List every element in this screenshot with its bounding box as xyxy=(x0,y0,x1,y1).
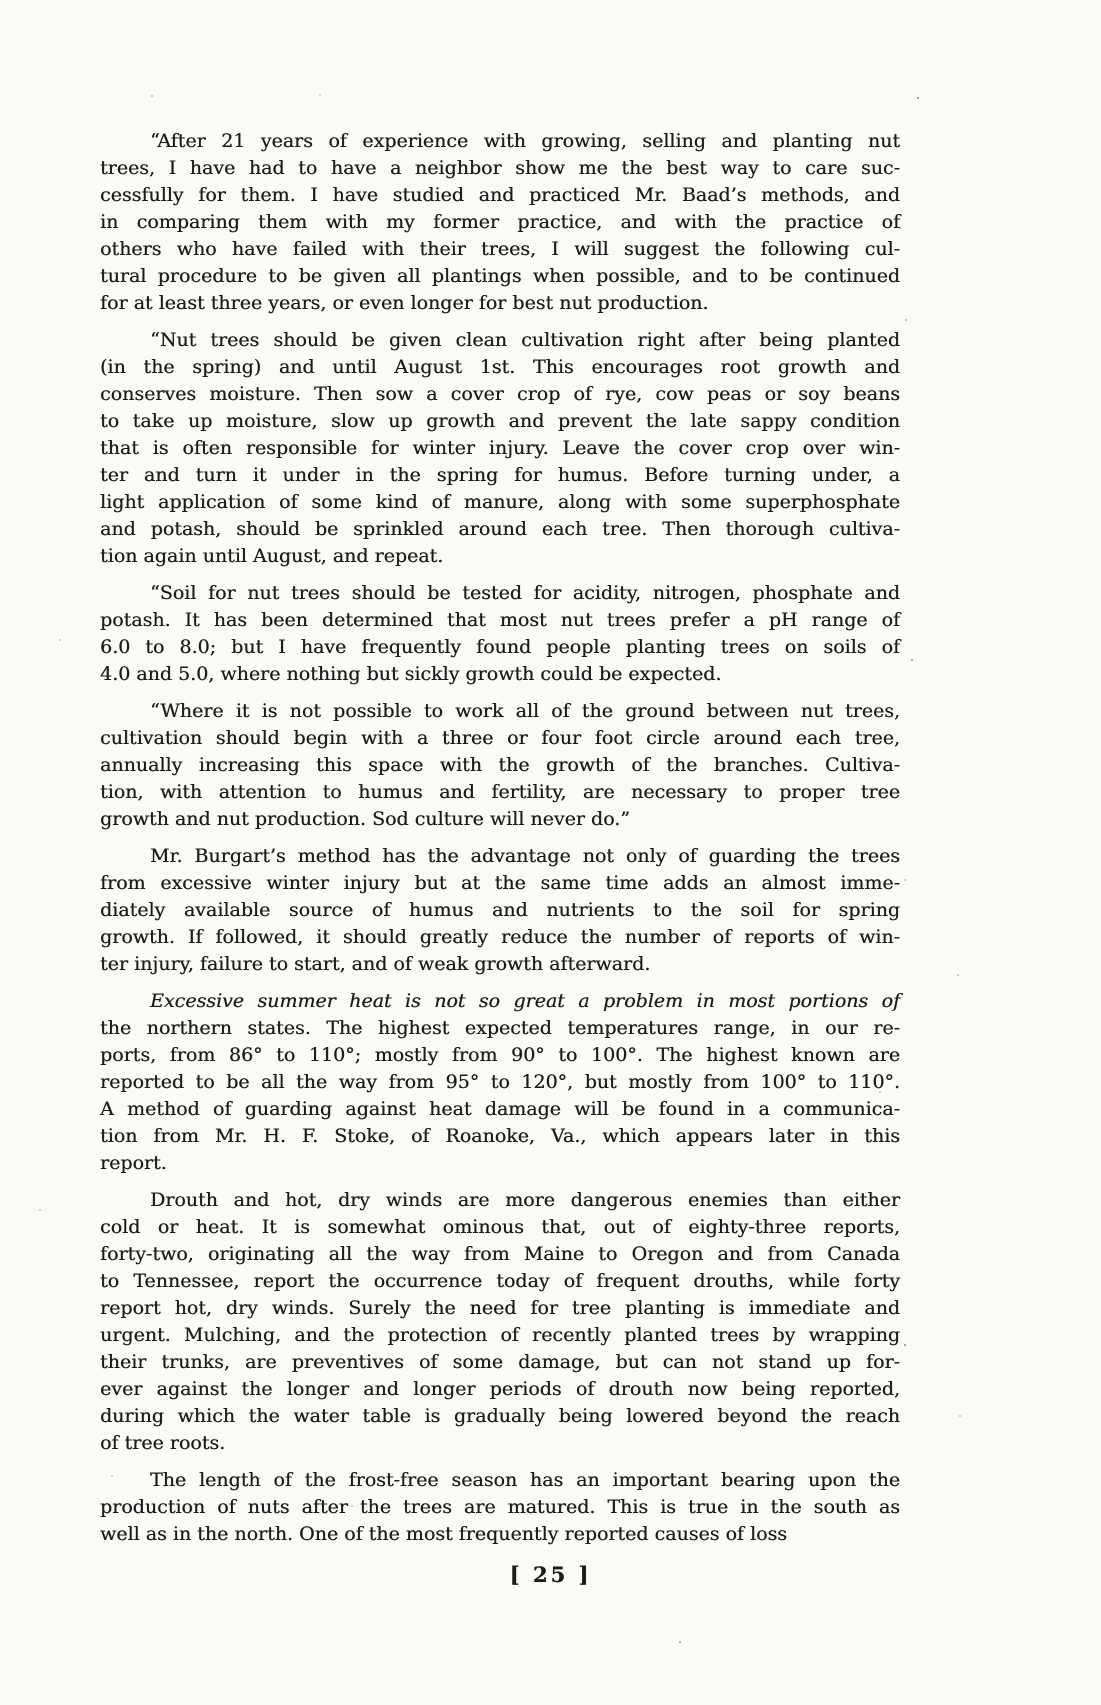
page-number: [ 25 ] xyxy=(0,1562,1101,1587)
text-line: annually increasing this space with the … xyxy=(100,752,900,779)
text-line: urgent. Mulching, and the protection of … xyxy=(100,1322,900,1349)
text-line: report hot, dry winds. Surely the need f… xyxy=(100,1295,900,1322)
text-line: others who have failed with their trees,… xyxy=(100,236,900,263)
text-line: in comparing them with my former practic… xyxy=(100,209,900,236)
text-line: their trunks, are preventives of some da… xyxy=(100,1349,900,1376)
text-line: “After 21 years of experience with growi… xyxy=(100,128,900,155)
text-line: report. xyxy=(100,1150,900,1177)
text-line: to Tennessee, report the occurrence toda… xyxy=(100,1268,900,1295)
paragraph: “Where it is not possible to work all of… xyxy=(100,698,900,833)
text-line: reported to be all the way from 95° to 1… xyxy=(100,1069,900,1096)
document-body: “After 21 years of experience with growi… xyxy=(100,128,900,1548)
text-line: for at least three years, or even longer… xyxy=(100,290,900,317)
text-line: production of nuts after the trees are m… xyxy=(100,1494,900,1521)
paragraph: Mr. Burgart’s method has the advantage n… xyxy=(100,843,900,978)
text-line: to take up moisture, slow up growth and … xyxy=(100,408,900,435)
text-line: Excessive summer heat is not so great a … xyxy=(100,988,900,1015)
paragraph: “Soil for nut trees should be tested for… xyxy=(100,580,900,688)
text-line: ports, from 86° to 110°; mostly from 90°… xyxy=(100,1042,900,1069)
text-line: (in the spring) and until August 1st. Th… xyxy=(100,354,900,381)
scanned-page: “After 21 years of experience with growi… xyxy=(0,0,1101,1705)
paragraph: “After 21 years of experience with growi… xyxy=(100,128,900,317)
text-line: tion again until August, and repeat. xyxy=(100,543,900,570)
paragraph: Drouth and hot, dry winds are more dange… xyxy=(100,1187,900,1457)
text-line: and potash, should be sprinkled around e… xyxy=(100,516,900,543)
text-line: ever against the longer and longer perio… xyxy=(100,1376,900,1403)
text-line: “Where it is not possible to work all of… xyxy=(100,698,900,725)
text-line: ter and turn it under in the spring for … xyxy=(100,462,900,489)
text-line: ter injury, failure to start, and of wea… xyxy=(100,951,900,978)
text-line: tion, with attention to humus and fertil… xyxy=(100,779,900,806)
text-line: 6.0 to 8.0; but I have frequently found … xyxy=(100,634,900,661)
text-line: that is often responsible for winter inj… xyxy=(100,435,900,462)
text-line: “Nut trees should be given clean cultiva… xyxy=(100,327,900,354)
text-line: growth and nut production. Sod culture w… xyxy=(100,806,900,833)
text-line: tion from Mr. H. F. Stoke, of Roanoke, V… xyxy=(100,1123,900,1150)
text-line: from excessive winter injury but at the … xyxy=(100,870,900,897)
text-line: Drouth and hot, dry winds are more dange… xyxy=(100,1187,900,1214)
text-line: “Soil for nut trees should be tested for… xyxy=(100,580,900,607)
text-line: of tree roots. xyxy=(100,1430,900,1457)
text-line: potash. It has been determined that most… xyxy=(100,607,900,634)
paragraph: Excessive summer heat is not so great a … xyxy=(100,988,900,1177)
text-line: the northern states. The highest expecte… xyxy=(100,1015,900,1042)
text-line: A method of guarding against heat damage… xyxy=(100,1096,900,1123)
paragraph: The length of the frost-free season has … xyxy=(100,1467,900,1548)
text-line: cessfully for them. I have studied and p… xyxy=(100,182,900,209)
text-line: forty-two, originating all the way from … xyxy=(100,1241,900,1268)
text-line: cultivation should begin with a three or… xyxy=(100,725,900,752)
text-line: light application of some kind of manure… xyxy=(100,489,900,516)
text-line: Mr. Burgart’s method has the advantage n… xyxy=(100,843,900,870)
text-line: conserves moisture. Then sow a cover cro… xyxy=(100,381,900,408)
text-line: cold or heat. It is somewhat ominous tha… xyxy=(100,1214,900,1241)
text-line: 4.0 and 5.0, where nothing but sickly gr… xyxy=(100,661,900,688)
text-line: trees, I have had to have a neighbor sho… xyxy=(100,155,900,182)
text-line: well as in the north. One of the most fr… xyxy=(100,1521,900,1548)
paragraph: “Nut trees should be given clean cultiva… xyxy=(100,327,900,570)
text-line: growth. If followed, it should greatly r… xyxy=(100,924,900,951)
text-line: diately available source of humus and nu… xyxy=(100,897,900,924)
text-line: The length of the frost-free season has … xyxy=(100,1467,900,1494)
text-line: during which the water table is graduall… xyxy=(100,1403,900,1430)
text-line: tural procedure to be given all planting… xyxy=(100,263,900,290)
